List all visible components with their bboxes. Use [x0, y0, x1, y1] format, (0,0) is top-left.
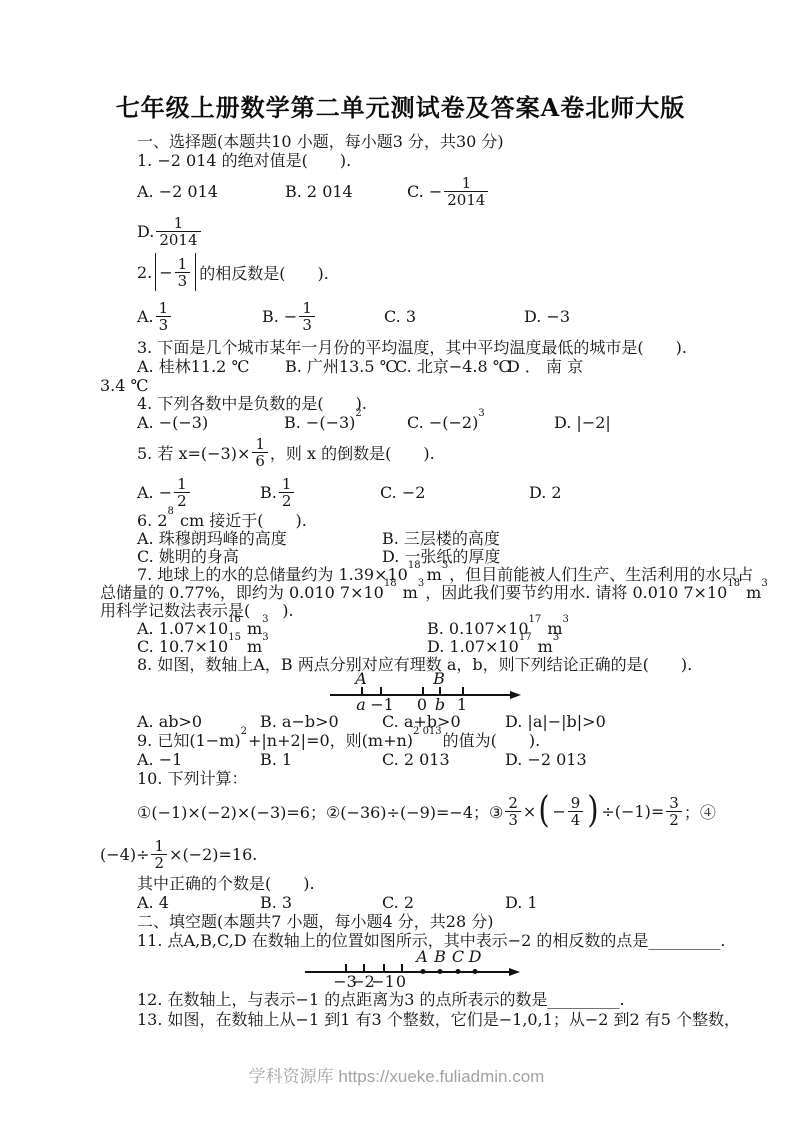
q1-option-c-label: C. −	[407, 182, 442, 201]
q4-option-b: B. −(−3)2	[284, 413, 407, 432]
q5-option-a: A. − 12	[137, 476, 260, 509]
page-title: 七年级上册数学第二单元测试卷及答案A卷北师大版	[100, 92, 701, 124]
q10-option-a: A. 4	[137, 893, 260, 912]
fraction-numerator: 2	[505, 795, 521, 811]
q1-option-b: B. 2 014	[285, 182, 407, 201]
exponent: 3	[442, 560, 448, 571]
q2-option-a-label: A.	[137, 307, 154, 326]
point-label-B: B	[434, 948, 446, 965]
exponent: 3	[262, 614, 268, 625]
q1-stem: 1. −2 014 的绝对值是( ).	[100, 151, 701, 170]
footer-text: 学科资源库 https://xueke.fuliadmin.com	[249, 1067, 545, 1086]
q1-option-d: D. 12014	[100, 212, 701, 250]
exponent: 3	[418, 578, 424, 589]
tick-mark	[380, 687, 382, 694]
q2-option-a: A. 13	[137, 300, 262, 333]
point-label-D: D	[469, 948, 482, 965]
fraction-denominator: 2	[151, 854, 167, 871]
axis-label-a: a	[356, 696, 366, 713]
scanned-test-paper: { "doc": { "title": "七年级上册数学第二单元测试卷及答案A卷…	[0, 0, 793, 1122]
q7-option-d: D. 1.07×1017 m3	[427, 638, 701, 656]
q3-options: A. 桂林11.2 ℃ B. 广州13.5 ℃ C. 北京−4.8 ℃ D ． …	[100, 357, 701, 376]
fraction-numerator: 1	[151, 838, 167, 854]
q8-stem: 8. 如图，数轴上A，B 两点分别对应有理数 a，b，则下列结论正确的是( ).	[100, 656, 701, 674]
q8-option-d: D. |a|−|b|>0	[505, 712, 701, 731]
q6-stem: 6. 28 cm 接近于( ).	[100, 512, 701, 530]
q3-option-b: B. 广州13.5 ℃	[285, 357, 395, 376]
fraction: 94	[568, 795, 584, 828]
q6-option-c: C. 姚明的身高	[137, 548, 382, 566]
fraction: 23	[505, 795, 521, 828]
fraction-denominator: 3	[299, 316, 315, 333]
q6-option-b: B. 三层楼的高度	[382, 530, 701, 548]
q2-option-b: B. − 13	[262, 300, 384, 333]
q7-line3: 用科学记数法表示是( ).	[100, 602, 701, 620]
q5-option-c: C. −2	[380, 483, 529, 502]
q11-stem: 11. 点A,B,C,D 在数轴上的位置如图所示，其中表示−2 的相反数的点是_…	[100, 931, 701, 950]
exponent: 3	[262, 632, 268, 643]
q4-stem: 4. 下列各数中是负数的是( ).	[100, 395, 701, 413]
exponent: 8	[168, 506, 174, 517]
exponent: 2	[241, 726, 247, 737]
q7-option-a-base: A. 1.07×10	[137, 619, 228, 638]
tick-mark	[462, 687, 464, 694]
q7-option-b-base: B. 0.107×10	[427, 619, 529, 638]
q3-option-d-wrap: 3.4 ℃	[100, 376, 701, 395]
q9-options: A. −1 B. 1 C. 2 013 D. −2 013	[100, 750, 701, 769]
fraction: 32	[666, 795, 682, 828]
fraction-denominator: 3	[175, 272, 191, 289]
q6-options-row1: A. 珠穆朗玛峰的高度 B. 三层楼的高度	[100, 530, 701, 548]
q9-text: 的值为( ).	[443, 731, 541, 750]
fraction-denominator: 2	[666, 811, 682, 828]
q6-option-a: A. 珠穆朗玛峰的高度	[137, 530, 382, 548]
q12-stem: 12. 在数轴上，与表示−1 的点距离为3 的点所表示的数是_________.	[100, 990, 701, 1010]
minus-sign: −	[552, 802, 565, 821]
exponent: 17	[519, 632, 532, 643]
q7-text: 7. 地球上的水的总储量约为 1.39×10	[137, 565, 408, 584]
fraction-numerator: 1	[279, 476, 295, 492]
q7-text: m	[398, 583, 418, 602]
tick-mark	[422, 687, 424, 694]
axis-label-0: 0	[396, 973, 406, 990]
q7-text: ，因此我们要节约用水. 请将 0.010 7×10	[425, 583, 727, 602]
q3-option-a: A. 桂林11.2 ℃	[137, 357, 285, 376]
q10-equation-line1: ①(−1)×(−2)×(−3)=6；②(−36)÷(−9)=−4；③ 23 × …	[100, 788, 701, 834]
fraction: 12014	[156, 215, 200, 248]
axis-label-minus1: −1	[370, 696, 394, 713]
q5-option-a-label: A. −	[137, 483, 172, 502]
fraction: 12	[174, 476, 190, 509]
q6-post: cm 接近于( ).	[175, 511, 307, 530]
q10-option-c: C. 2	[382, 893, 505, 912]
q5-option-b-label: B.	[260, 483, 277, 502]
q5-options: A. − 12 B. 12 C. −2 D. 2	[100, 472, 701, 512]
q5-stem: 5. 若 x=(−3)× 16 ，则 x 的倒数是( ).	[100, 432, 701, 472]
q5-text-pre: 5. 若 x=(−3)×	[137, 441, 250, 464]
q2-options: A. 13 B. − 13 C. 3 D. −3	[100, 294, 701, 338]
fraction: 12	[151, 838, 167, 871]
big-right-paren: )	[588, 796, 599, 826]
q7-text: ，但目前能被人们生产、生活利用的水只占	[449, 565, 753, 584]
q7-option-d-base: D. 1.07×10	[427, 637, 519, 656]
fraction-numerator: 1	[156, 300, 172, 316]
exponent: 2 013	[413, 726, 442, 737]
q4-option-c: C. −(−2)3	[407, 413, 554, 432]
q7-line1: 7. 地球上的水的总储量约为 1.39×1018 m3，但目前能被人们生产、生活…	[100, 566, 701, 584]
q7-line2: 总储量的 0.77%，即约为 0.010 7×1018 m3，因此我们要节约用水…	[100, 584, 701, 602]
number-line-arrow	[510, 691, 521, 699]
q7-text: m	[422, 565, 442, 584]
fraction: 13	[299, 300, 315, 333]
q6-base: 6. 2	[137, 511, 168, 530]
q11-number-line: A B C D −3 −2 −1 0	[100, 950, 701, 990]
q1-options: A. −2 014 B. 2 014 C. − 12014	[100, 170, 701, 212]
fraction-denominator: 6	[252, 452, 268, 469]
q4-option-b-base: B. −(−3)	[284, 413, 355, 432]
point-dot-C	[456, 969, 461, 974]
fraction: 16	[252, 436, 268, 469]
q1-option-a: A. −2 014	[137, 182, 285, 201]
exponent: 16	[228, 614, 241, 625]
axis-label-minus1: −1	[371, 973, 395, 990]
q7-option-a: A. 1.07×1016 m3	[137, 620, 427, 638]
q10-options: A. 4 B. 3 C. 2 D. 1	[100, 893, 701, 912]
q5-option-b: B. 12	[260, 476, 380, 509]
fraction-numerator: 9	[568, 795, 584, 811]
q7-option-c-unit: m	[242, 637, 262, 656]
fraction-denominator: 3	[505, 811, 521, 828]
q9-option-b: B. 1	[260, 750, 382, 769]
q9-text: +|n+2|=0，则(m+n)	[248, 731, 413, 750]
fraction-denominator: 4	[568, 811, 584, 828]
q6-options-row2: C. 姚明的身高 D. 一张纸的厚度	[100, 548, 701, 566]
q7-option-c-base: C. 10.7×10	[137, 637, 228, 656]
fraction: 12014	[444, 175, 488, 208]
abs-bar	[195, 253, 196, 291]
q10-option-d: D. 1	[505, 893, 701, 912]
section1-heading: 一、选择题(本题共10 小题，每小题3 分，共30 分)	[100, 132, 701, 151]
site-footer: 学科资源库 https://xueke.fuliadmin.com	[0, 1062, 793, 1087]
q7-text: 总储量的 0.77%，即约为 0.010 7×10	[100, 583, 384, 602]
fraction-numerator: 1	[252, 436, 268, 452]
number-line-arrow	[509, 968, 520, 976]
q5-option-d: D. 2	[529, 483, 701, 502]
point-dot-B	[438, 969, 443, 974]
q10-eq-text: ×(−2)=16.	[169, 845, 257, 864]
fraction: 13	[156, 300, 172, 333]
q4-option-d: D. |−2|	[554, 413, 701, 432]
q2-option-c: C. 3	[384, 307, 524, 326]
q9-option-a: A. −1	[137, 750, 260, 769]
tick-mark	[363, 964, 365, 971]
fraction-numerator: 1	[444, 175, 488, 191]
q10-option-b: B. 3	[260, 893, 382, 912]
axis-label-1: 1	[457, 696, 467, 713]
fraction: 13	[175, 256, 191, 289]
q2-option-b-label: B. −	[262, 307, 297, 326]
q2-number: 2.	[137, 263, 152, 282]
q7-option-d-unit: m	[533, 637, 553, 656]
q9-text: 9. 已知(1−m)	[137, 731, 241, 750]
exponent: 3	[761, 578, 767, 589]
fraction-denominator: 3	[156, 316, 172, 333]
fraction-denominator: 2	[174, 492, 190, 509]
q7-option-a-unit: m	[242, 619, 262, 638]
q7-options-row2: C. 10.7×1015 m3 D. 1.07×1017 m3	[100, 638, 701, 656]
fraction-numerator: 3	[666, 795, 682, 811]
point-label-B: B	[433, 670, 445, 687]
q10-eq-text: ×	[523, 802, 536, 821]
tick-mark	[383, 964, 385, 971]
point-dot-D	[473, 969, 478, 974]
tick-mark	[401, 964, 403, 971]
fraction-numerator: 1	[174, 476, 190, 492]
q8-number-line: A B a −1 0 b 1	[100, 674, 701, 712]
fraction-numerator: 1	[175, 256, 191, 272]
q9-option-d: D. −2 013	[505, 750, 701, 769]
q7-option-c: C. 10.7×1015 m3	[137, 638, 427, 656]
q8-option-c: C. a+b>0	[382, 712, 505, 731]
q10-eq-text: (−4)÷	[100, 845, 149, 864]
fraction-numerator: 1	[156, 215, 200, 231]
fraction-denominator: 2	[279, 492, 295, 509]
exponent: 3	[553, 632, 559, 643]
q9-stem: 9. 已知(1−m)2+|n+2|=0，则(m+n)2 013的值为( ).	[100, 731, 701, 750]
exponent: 18	[384, 578, 397, 589]
q10-head: 10. 下列计算：	[100, 769, 701, 788]
q10-ask: 其中正确的个数是( ).	[100, 874, 701, 893]
q8-option-b: B. a−b>0	[260, 712, 382, 731]
point-label-A: A	[355, 670, 367, 687]
q8-options: A. ab>0 B. a−b>0 C. a+b>0 D. |a|−|b|>0	[100, 712, 701, 731]
q5-text-post: ，则 x 的倒数是( ).	[270, 441, 435, 464]
q4-option-a: A. −(−3)	[137, 413, 284, 432]
point-dot-A	[421, 969, 426, 974]
q7-text: m	[741, 583, 761, 602]
exponent: 18	[408, 560, 421, 571]
q4-option-c-base: C. −(−2)	[407, 413, 478, 432]
q9-option-c: C. 2 013	[382, 750, 505, 769]
big-left-paren: (	[539, 796, 550, 826]
fraction: 12	[279, 476, 295, 509]
q1-option-d-label: D.	[137, 222, 154, 241]
exponent: 3	[563, 614, 569, 625]
exponent: 18	[727, 578, 740, 589]
axis-label-0: 0	[417, 696, 427, 713]
q10-eq-text: ；④	[684, 800, 716, 823]
point-label-A: A	[416, 948, 428, 965]
q2-text: 的相反数是( ).	[199, 261, 329, 284]
q1-option-c: C. − 12014	[407, 175, 701, 208]
exponent: 17	[529, 614, 542, 625]
q6-option-d: D. 一张纸的厚度	[382, 548, 701, 566]
axis-label-b: b	[435, 696, 445, 713]
tick-mark	[439, 687, 441, 694]
exponent: 2	[355, 408, 361, 419]
q2-stem: 2. − 13 的相反数是( ).	[100, 250, 701, 294]
exponent: 15	[228, 632, 241, 643]
q4-options: A. −(−3) B. −(−3)2 C. −(−2)3 D. |−2|	[100, 413, 701, 432]
q3-option-c: C. 北京−4.8 ℃	[395, 357, 507, 376]
q7-options-row1: A. 1.07×1016 m3 B. 0.107×1017 m3	[100, 620, 701, 638]
q2-option-d: D. −3	[524, 307, 701, 326]
q13-stem: 13. 如图，在数轴上从−1 到1 有3 个整数，它们是−1,0,1；从−2 到…	[100, 1010, 701, 1030]
tick-mark	[345, 964, 347, 971]
fraction-denominator: 2014	[156, 231, 200, 248]
fraction-denominator: 2014	[444, 191, 488, 208]
q10-eq-text: ①(−1)×(−2)×(−3)=6；②(−36)÷(−9)=−4；③	[137, 800, 503, 823]
point-label-C: C	[452, 948, 464, 965]
q10-eq-text: ÷(−1)=	[601, 802, 664, 821]
q10-equation-line2: (−4)÷ 12 ×(−2)=16.	[100, 834, 701, 874]
section2-heading: 二、填空题(本题共7 小题，每小题4 分，共28 分)	[100, 912, 701, 931]
q7-option-b: B. 0.107×1017 m3	[427, 620, 701, 638]
tick-mark	[361, 687, 363, 694]
q3-stem: 3. 下面是几个城市某年一月份的平均温度，其中平均温度最低的城市是( ).	[100, 338, 701, 357]
minus-sign: −	[159, 263, 172, 282]
q3-option-d: D ． 南 京	[507, 357, 701, 376]
exponent: 3	[478, 408, 484, 419]
paper-content: 七年级上册数学第二单元测试卷及答案A卷北师大版 一、选择题(本题共10 小题，每…	[0, 0, 793, 1030]
abs-bar	[155, 253, 156, 291]
fraction-numerator: 1	[299, 300, 315, 316]
